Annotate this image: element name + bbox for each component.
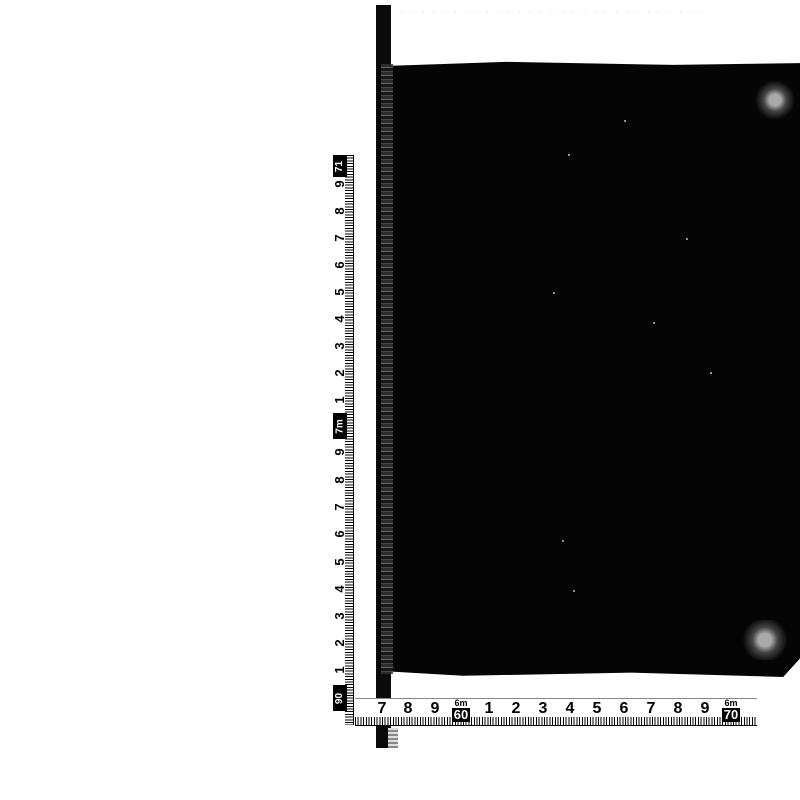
strip-bottom-texture (388, 728, 398, 748)
corner-wear (755, 80, 795, 120)
vertical-ruler-label: 4 (333, 582, 347, 596)
vertical-ruler-label: 3 (333, 339, 347, 353)
horizontal-ruler-label: 4 (562, 700, 578, 718)
horizontal-ruler-label: 7 (374, 700, 390, 718)
vertical-ruler-label: 5 (333, 285, 347, 299)
horizontal-ruler-label: 5 (589, 700, 605, 718)
vertical-ruler-label: 7 (333, 231, 347, 245)
horizontal-ruler-label: 3 (535, 700, 551, 718)
badge-value: 70 (722, 708, 740, 722)
cover-speck (568, 154, 570, 156)
horizontal-ruler-badge-60: 6m 60 (448, 699, 474, 723)
vertical-ruler: 71 9 8 7 6 5 4 3 2 1 7m 9 8 7 6 5 4 3 2 … (333, 155, 354, 725)
vertical-ruler-label: 6 (333, 527, 347, 541)
horizontal-ruler-badge-70: 6m 70 (718, 699, 744, 723)
horizontal-ruler-label: 7 (643, 700, 659, 718)
vertical-ruler-badge-top: 71 (333, 155, 347, 177)
vertical-ruler-label: 8 (333, 473, 347, 487)
book-cover (379, 60, 800, 677)
vertical-ruler-label: 8 (333, 204, 347, 218)
vertical-ruler-label: 2 (333, 636, 347, 650)
vertical-ruler-label: 5 (333, 555, 347, 569)
horizontal-ruler-label: 6 (616, 700, 632, 718)
horizontal-ruler-label: 8 (670, 700, 686, 718)
vertical-ruler-badge-bottom: 90 (333, 685, 347, 711)
horizontal-ruler-label: 9 (427, 700, 443, 718)
vertical-ruler-label: 1 (333, 663, 347, 677)
vertical-ruler-label: 9 (333, 177, 347, 191)
horizontal-ruler-label: 8 (400, 700, 416, 718)
horizontal-ruler-label: 2 (508, 700, 524, 718)
badge-value: 60 (452, 708, 470, 722)
faint-scan-text: · · · · · · · · · · · · · · · · · · · · … (400, 6, 706, 18)
vertical-ruler-label: 3 (333, 609, 347, 623)
horizontal-ruler: 7 8 9 6m 60 1 2 3 4 5 6 7 8 9 6m 70 (355, 698, 757, 726)
corner-wear (740, 620, 790, 660)
cover-speck (562, 540, 564, 542)
vertical-ruler-label: 7 (333, 500, 347, 514)
vertical-ruler-label: 1 (333, 393, 347, 407)
vertical-ruler-label: 9 (333, 445, 347, 459)
cover-speck (553, 292, 555, 294)
horizontal-ruler-label: 9 (697, 700, 713, 718)
vertical-ruler-badge-mid: 7m (333, 413, 347, 439)
cover-speck (686, 238, 688, 240)
cover-speck (573, 590, 575, 592)
vertical-ruler-label: 4 (333, 312, 347, 326)
horizontal-ruler-label: 1 (481, 700, 497, 718)
cover-speck (653, 322, 655, 324)
vertical-ruler-label: 6 (333, 258, 347, 272)
cover-speck (710, 372, 712, 374)
cover-speck (624, 120, 626, 122)
book-spine-edge (381, 64, 393, 674)
vertical-ruler-label: 2 (333, 366, 347, 380)
horizontal-ruler-ticks (355, 717, 757, 725)
